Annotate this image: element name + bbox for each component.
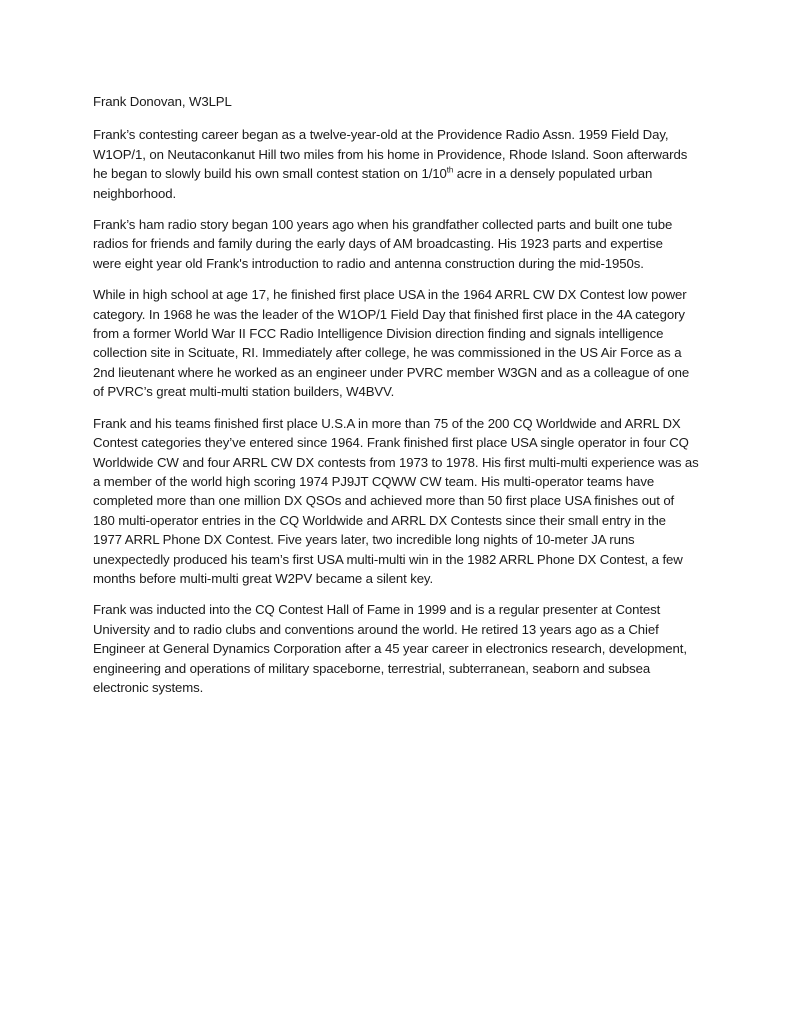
- text-line: 180 multi-operator entries in the CQ Wor…: [93, 511, 713, 530]
- text-line: W1OP/1, on Neutaconkanut Hill two miles …: [93, 145, 713, 164]
- document-body: Frank Donovan, W3LPL Frank’s contesting …: [93, 92, 713, 709]
- text-line: Frank’s ham radio story began 100 years …: [93, 215, 713, 234]
- text-line: radios for friends and family during the…: [93, 234, 713, 253]
- text-line: months before multi-multi great W2PV bec…: [93, 569, 713, 588]
- text-segment: acre in a densely populated urban: [453, 166, 652, 181]
- text-line: unexpectedly produced his team’s first U…: [93, 550, 713, 569]
- text-line: Frank was inducted into the CQ Contest H…: [93, 600, 713, 619]
- text-line: were eight year old Frank's introduction…: [93, 254, 713, 273]
- text-line: Engineer at General Dynamics Corporation…: [93, 639, 713, 658]
- paragraph-high-school-and-military: While in high school at age 17, he finis…: [93, 285, 713, 401]
- text-line: completed more than one million DX QSOs …: [93, 491, 713, 510]
- text-line: engineering and operations of military s…: [93, 659, 713, 678]
- text-line: electronic systems.: [93, 678, 713, 697]
- text-line: Frank’s contesting career began as a twe…: [93, 125, 713, 144]
- text-line: 2nd lieutenant where he worked as an eng…: [93, 363, 713, 382]
- text-line: While in high school at age 17, he finis…: [93, 285, 713, 304]
- text-line: Worldwide CW and four ARRL CW DX contest…: [93, 453, 713, 472]
- text-line: Contest categories they’ve entered since…: [93, 433, 713, 452]
- paragraph-ham-radio-story: Frank’s ham radio story began 100 years …: [93, 215, 713, 273]
- text-line: he began to slowly build his own small c…: [93, 164, 713, 183]
- text-segment: he began to slowly build his own small c…: [93, 166, 447, 181]
- paragraph-early-career: Frank’s contesting career began as a twe…: [93, 125, 713, 203]
- text-line: category. In 1968 he was the leader of t…: [93, 305, 713, 324]
- text-line: of PVRC’s great multi-multi station buil…: [93, 382, 713, 401]
- document-title: Frank Donovan, W3LPL: [93, 92, 713, 111]
- text-line: from a former World War II FCC Radio Int…: [93, 324, 713, 343]
- paragraph-contest-achievements: Frank and his teams finished first place…: [93, 414, 713, 589]
- text-line: collection site in Scituate, RI. Immedia…: [93, 343, 713, 362]
- text-line: Frank and his teams finished first place…: [93, 414, 713, 433]
- text-line: University and to radio clubs and conven…: [93, 620, 713, 639]
- text-line: neighborhood.: [93, 184, 713, 203]
- text-line: 1977 ARRL Phone DX Contest. Five years l…: [93, 530, 713, 549]
- text-line: a member of the world high scoring 1974 …: [93, 472, 713, 491]
- paragraph-hall-of-fame: Frank was inducted into the CQ Contest H…: [93, 600, 713, 697]
- document-page: Frank Donovan, W3LPL Frank’s contesting …: [0, 0, 791, 1024]
